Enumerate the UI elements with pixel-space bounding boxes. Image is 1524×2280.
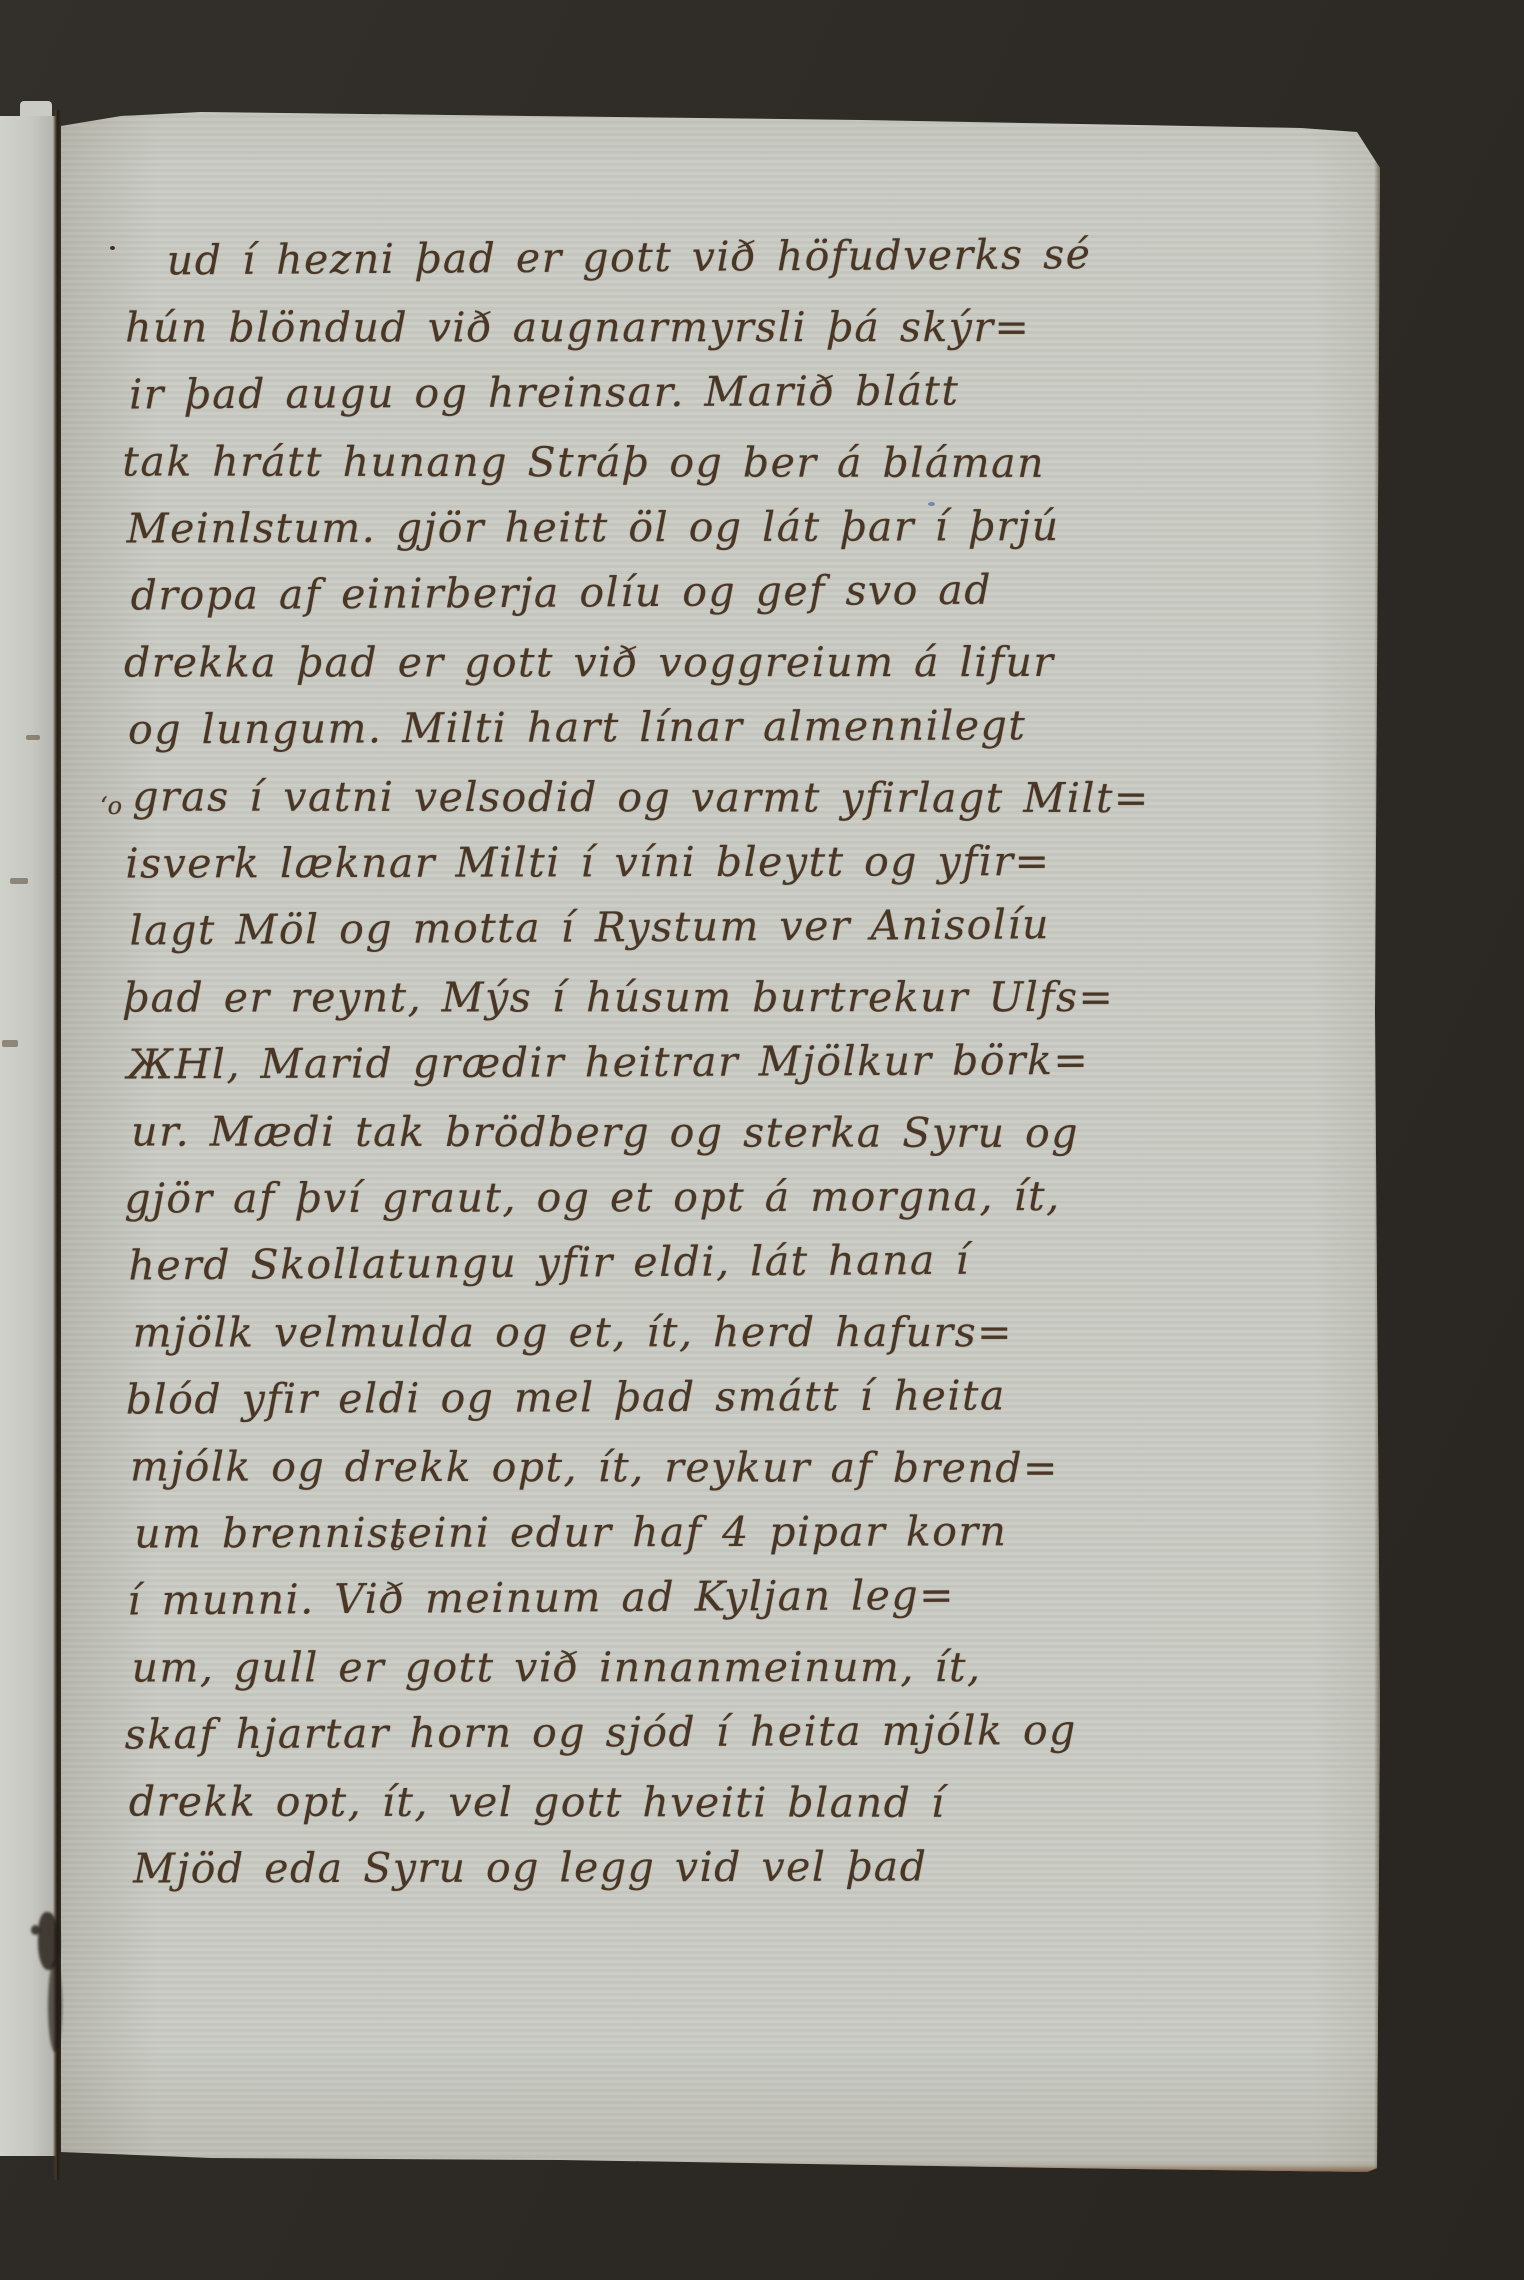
- manuscript-line: mjólk og drekk opt, ít, reykur af brend=: [130, 1443, 1279, 1512]
- ink-speck: [110, 246, 115, 250]
- previous-page-edge: [0, 116, 57, 2156]
- interlinear-insertion: ʻo: [100, 792, 122, 820]
- page-bottom-edge: [61, 2163, 1380, 2174]
- manuscript-line: lagt Möl og motta í Rystum ver Anisolíu: [129, 899, 1277, 974]
- manuscript-line: blód yfir eldi og mel þad smátt í heita: [126, 1370, 1279, 1442]
- manuscript-line: dropa af einirberja olíu og gef svo ad: [131, 564, 1277, 639]
- manuscript-text: ud í hezni þad er gott við höfudverks sé…: [126, 233, 1280, 1911]
- ink-smudge: [48, 1960, 62, 2052]
- manuscript-line: ЖHl, Marid grædir heitrar Mjölkur börk=: [127, 1035, 1278, 1107]
- manuscript-line: ud í hezni þad er gott við höfudverks sé: [167, 229, 1276, 304]
- blue-speck: [928, 502, 935, 506]
- manuscript-line: drekk opt, ít, vel gott hveiti bland í: [129, 1778, 1280, 1847]
- manuscript-line: drekka þad er gott við voggreium á lifur: [124, 638, 1277, 706]
- scan-background: ud í hezni þad er gott við höfudverks sé…: [0, 0, 1524, 2280]
- bleedthrough-mark: [26, 735, 40, 740]
- manuscript-line: skaf hjartar horn og sjód í heita mjólk …: [125, 1705, 1280, 1777]
- bleedthrough-mark: [2, 1040, 18, 1047]
- manuscript-line: Mjöd eda Syru og legg vid vel þad: [133, 1841, 1280, 1911]
- manuscript-line: gjör af því graut, og et opt á morgna, í…: [124, 1171, 1278, 1241]
- manuscript-line: ur. Mædi tak brödberg og sterka Syru og: [131, 1107, 1278, 1176]
- manuscript-line: hún blöndud við augnarmyrsli þá skýr=: [125, 303, 1276, 371]
- gutter-crease: [53, 110, 61, 2180]
- manuscript-line: í munni. Við meinum ad Kyljan leg=: [127, 1569, 1279, 1644]
- manuscript-line: tak hrátt hunang Stráþ og ber á bláman: [122, 438, 1276, 507]
- manuscript-line: þad er reynt, Mýs í húsum burtrekur Ulfs…: [123, 973, 1278, 1041]
- manuscript-line: um, gull er gott við innanmeinum, ít,: [132, 1643, 1280, 1711]
- page-right-edge-shadow: [1374, 152, 1380, 2172]
- bleedthrough-mark: [10, 878, 28, 884]
- manuscript-line: mjölk velmulda og et, ít, herd hafurs=: [133, 1308, 1279, 1376]
- manuscript-line: og lungum. Milti hart línar almennilegt: [128, 700, 1277, 772]
- manuscript-line: Meinlstum. gjör heitt öl og lát þar í þr…: [127, 501, 1277, 571]
- manuscript-line: ir þad augu og hreinsar. Marið blátt: [129, 365, 1276, 437]
- manuscript-line: isverk læknar Milti í víni bleytt og yfi…: [125, 836, 1277, 906]
- ink-smudge: [31, 1925, 40, 1935]
- manuscript-line: um brennisteini edur haf 4 pipar korn: [134, 1506, 1279, 1576]
- manuscript-line: herd Skollatungu yfir eldi, lát hana í: [128, 1234, 1278, 1309]
- interlinear-insertion: ö: [390, 1528, 404, 1556]
- manuscript-line: gras í vatni velsodid og varmt yfirlagt …: [132, 772, 1277, 841]
- manuscript-page: ud í hezni þad er gott við höfudverks sé…: [61, 112, 1380, 2174]
